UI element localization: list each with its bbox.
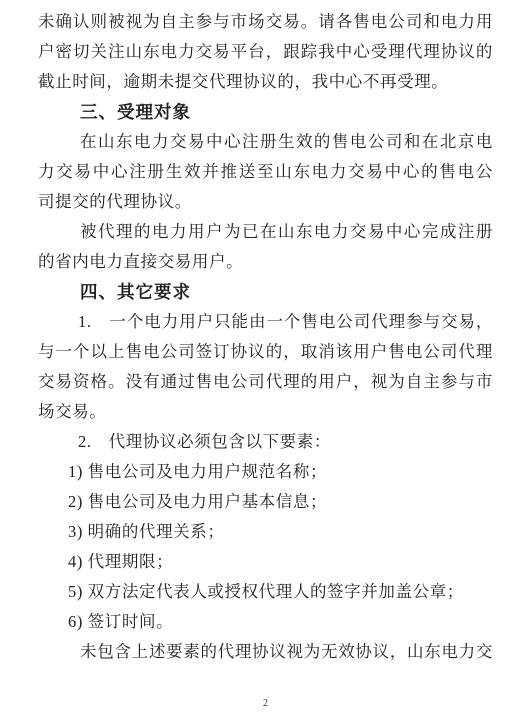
text-line: 场交易。 [38,397,493,427]
page-number: 2 [0,694,531,714]
text-line: 在山东电力交易中心注册生效的售电公司和在北京电 [38,127,493,157]
list-item-5: 5) 双方法定代表人或授权代理人的签字并加盖公章； [38,577,493,607]
text-line: 户密切关注山东电力交易平台，跟踪我中心受理代理协议的 [38,37,493,67]
list-item-1: 1) 售电公司及电力用户规范名称； [38,457,493,487]
list-item-6: 6) 签订时间。 [38,607,493,637]
numbered-item-2: 2. 代理协议必须包含以下要素： [38,427,493,457]
text-line: 与一个以上售电公司签订协议的，取消该用户售电公司代理 [38,337,493,367]
document-body: 未确认则被视为自主参与市场交易。请各售电公司和电力用 户密切关注山东电力交易平台… [0,0,531,667]
list-item-3: 3) 明确的代理关系； [38,517,493,547]
text-line: 未确认则被视为自主参与市场交易。请各售电公司和电力用 [38,7,493,37]
list-item-4: 4) 代理期限； [38,547,493,577]
section-heading-3: 三、受理对象 [38,97,493,127]
document-page: 未确认则被视为自主参与市场交易。请各售电公司和电力用 户密切关注山东电力交易平台… [0,0,531,727]
text-line: 未包含上述要素的代理协议视为无效协议，山东电力交 [38,637,493,667]
text-line: 力交易中心注册生效并推送至山东电力交易中心的售电公 [38,157,493,187]
text-line: 司提交的代理协议。 [38,187,493,217]
list-item-2: 2) 售电公司及电力用户基本信息； [38,487,493,517]
text-line: 交易资格。没有通过售电公司代理的用户，视为自主参与市 [38,367,493,397]
text-line: 的省内电力直接交易用户。 [38,247,493,277]
section-heading-4: 四、其它要求 [38,277,493,307]
text-line: 截止时间，逾期未提交代理协议的，我中心不再受理。 [38,67,493,97]
numbered-item-1: 1. 一个电力用户只能由一个售电公司代理参与交易， [38,307,493,337]
text-line: 被代理的电力用户为已在山东电力交易中心完成注册 [38,217,493,247]
